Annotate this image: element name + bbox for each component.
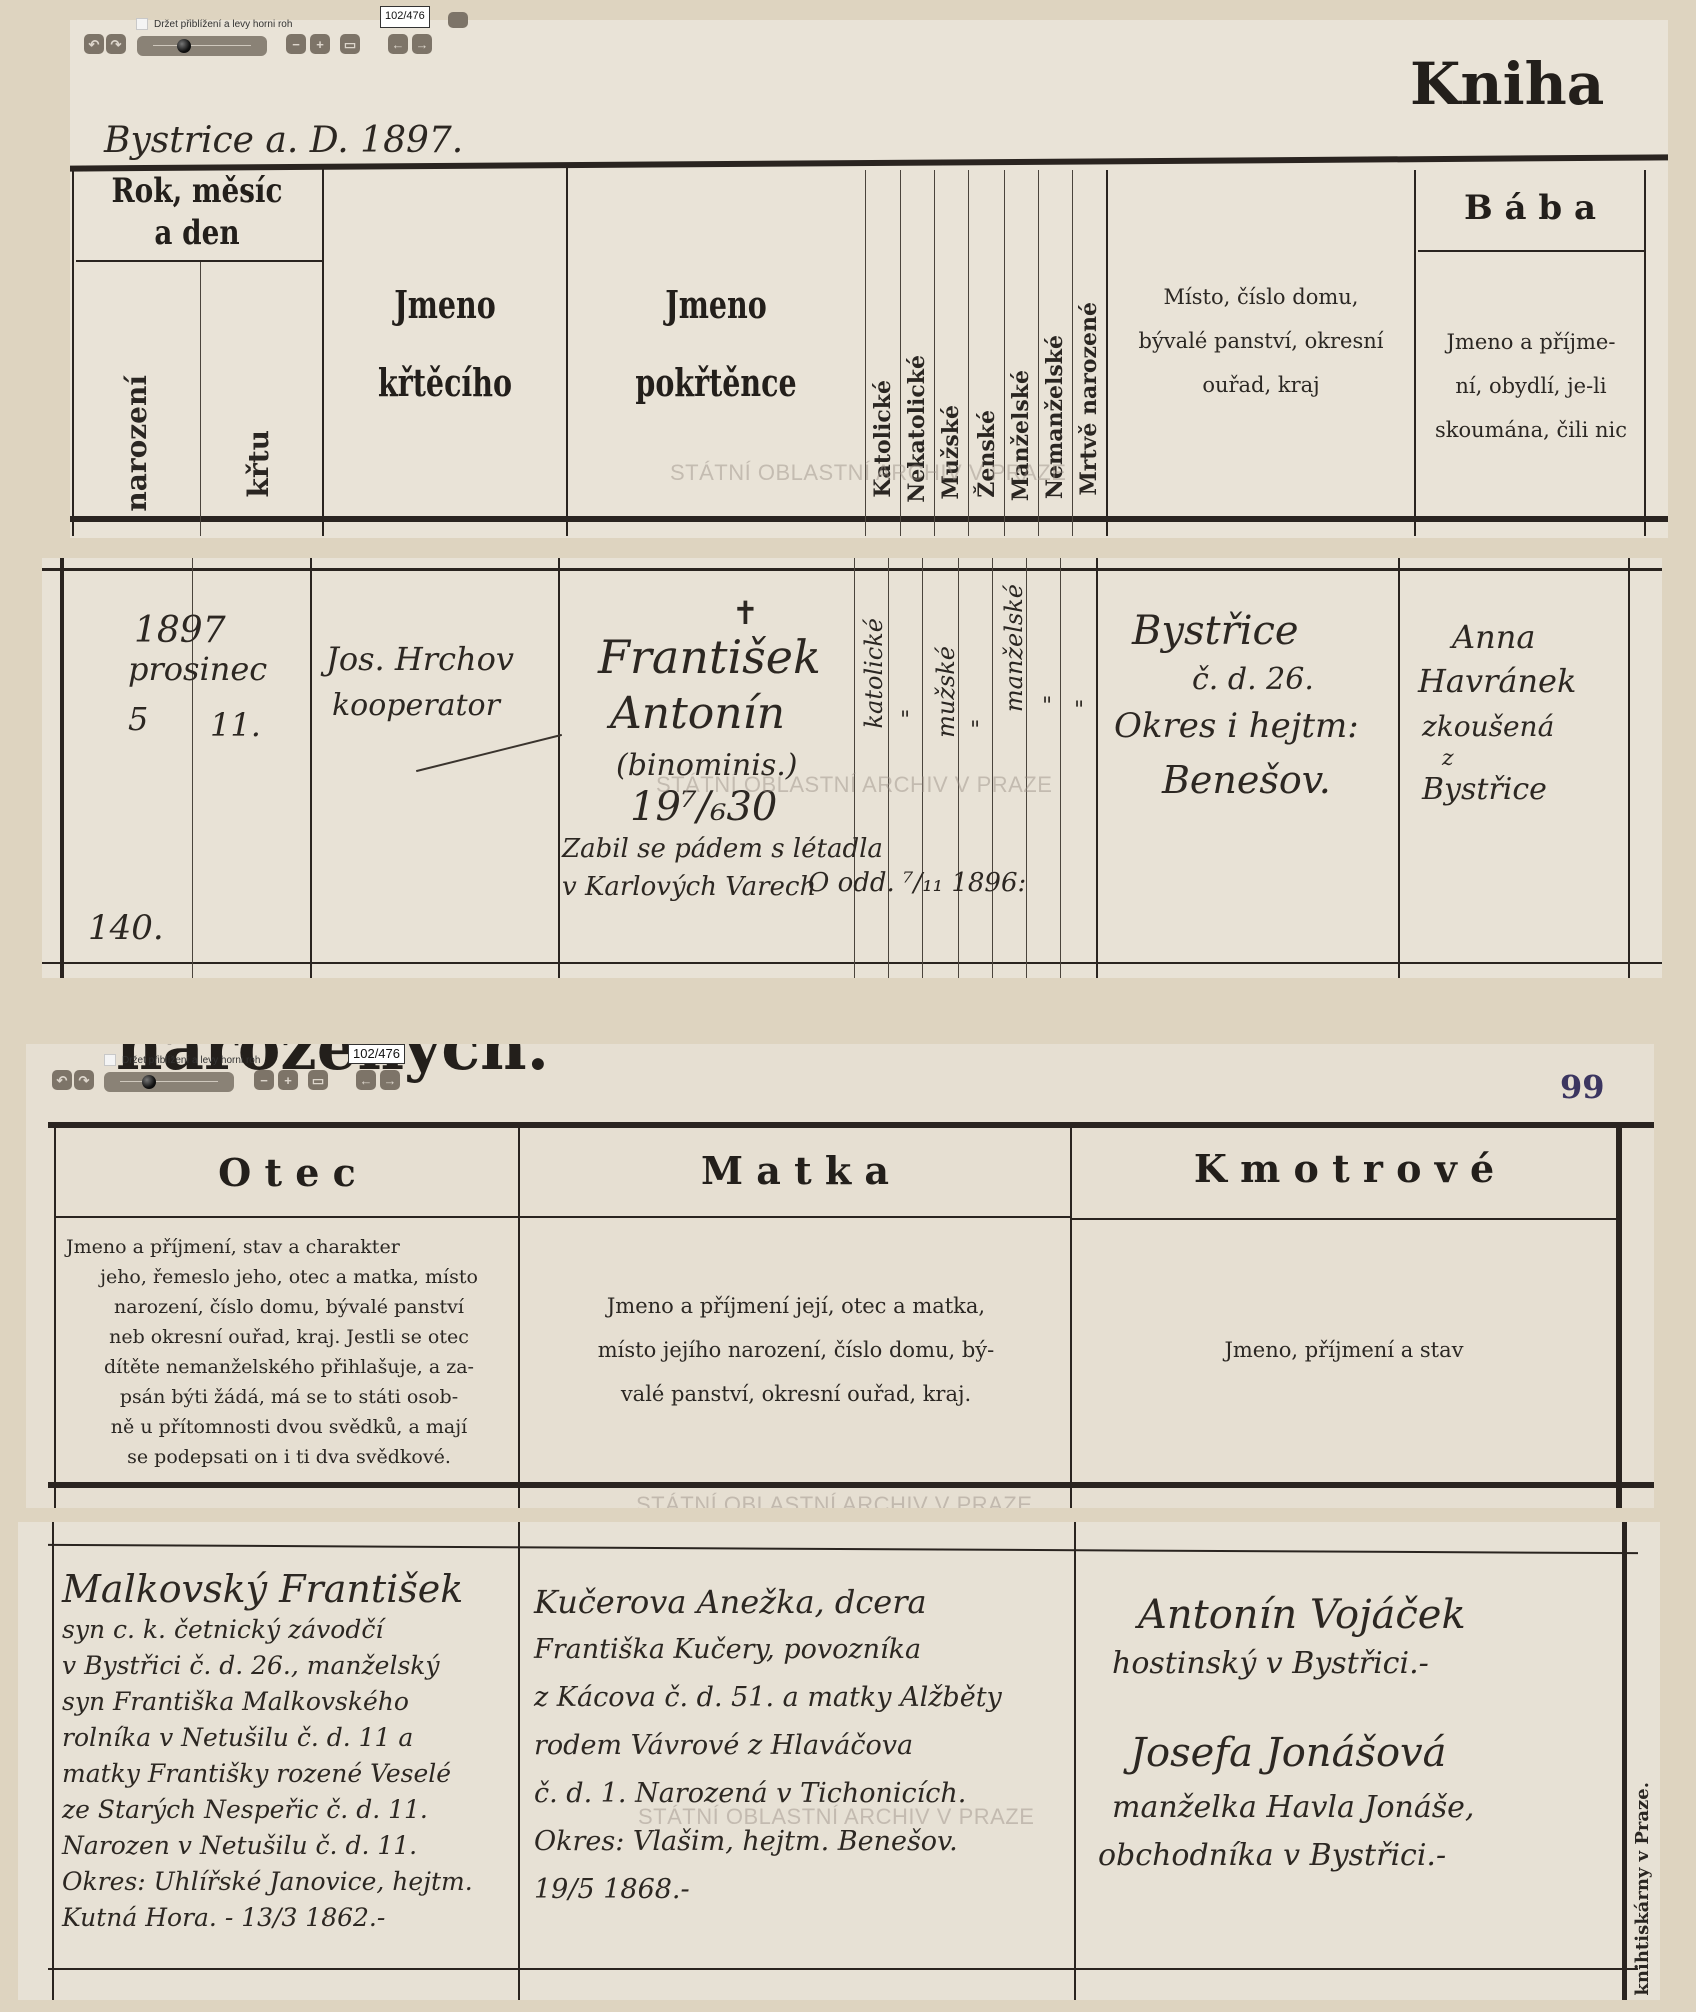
record-bottom-rule	[42, 962, 1662, 964]
header-date-group: Rok, měsíc a den	[108, 170, 287, 254]
col-rule	[72, 166, 74, 536]
mother-sub-rule	[520, 1216, 1070, 1218]
father-line: v Bystřici č. d. 26., manželský	[62, 1648, 522, 1684]
father-name: Malkovský František	[62, 1566, 522, 1612]
date-sub-rule	[76, 260, 322, 262]
record-legit-ditto: "	[1042, 694, 1052, 719]
father-instr-line: Jmeno a příjmení, stav a charakter	[66, 1232, 512, 1262]
record-father-text: Malkovský František syn c. k. četnický z…	[62, 1566, 522, 1936]
father-line: matky Františky rozené Veselé	[62, 1756, 522, 1792]
record-bottom-rule	[48, 1968, 1638, 1970]
header-father-title: O t e c	[56, 1150, 518, 1195]
record-midwife-line1: Anna	[1452, 618, 1535, 656]
record-religion: katolické	[860, 618, 888, 728]
header-baptized-line2: pokřtěnce	[611, 360, 821, 405]
father-line: syn c. k. četnický závodčí	[62, 1612, 522, 1648]
record-midwife-line4: z	[1442, 746, 1454, 771]
zoom-out-button[interactable]: −	[254, 1070, 274, 1090]
mother-instr-line: valé panství, okresní ouřad, kraj.	[526, 1372, 1066, 1416]
zoom-out-button[interactable]: −	[286, 34, 306, 54]
record-birth-day: 5	[128, 700, 148, 738]
father-instr-line: neb okresní ouřad, kraj. Jestli se otec	[66, 1322, 512, 1352]
keep-zoom-label: Držet přiblížení a levy horni roh	[122, 1055, 260, 1066]
record-child-first-name: František	[598, 630, 821, 684]
father-line: rolníka v Netušilu č. d. 11 a	[62, 1720, 522, 1756]
zoom-slider-track	[153, 45, 251, 46]
col-rule	[922, 558, 923, 978]
header-baptized-line1: Jmeno	[611, 282, 821, 327]
col-rule	[1644, 170, 1646, 536]
col-rule	[888, 558, 889, 978]
col-rule	[1616, 1126, 1622, 1508]
col-rule	[1622, 1522, 1627, 2000]
col-rule	[322, 166, 324, 536]
godparent2-status-line1: manželka Havla Jonáše,	[1112, 1790, 1474, 1825]
table-header-bottom-rule	[70, 516, 1668, 522]
header-father-instructions: Jmeno a příjmení, stav a charakter jeho,…	[66, 1232, 512, 1472]
zoom-in-button[interactable]: +	[278, 1070, 298, 1090]
header-godparents-title: K m o t r o v é	[1072, 1146, 1616, 1191]
handwritten-place-year: Bystrice a. D. 1897.	[104, 120, 463, 161]
col-rule	[200, 262, 201, 536]
record-stillborn-ditto: "	[1074, 698, 1084, 723]
go-button[interactable]	[448, 12, 468, 28]
keep-zoom-toggle[interactable]: Držet přiblížení a levy horni roh	[104, 1054, 260, 1066]
col-rule	[310, 558, 312, 978]
zoom-slider-knob[interactable]	[142, 1075, 156, 1089]
col-rule	[1106, 170, 1108, 536]
father-line: Kutná Hora. - 13/3 1862.-	[62, 1900, 522, 1936]
record-place-line1: Bystřice	[1132, 608, 1299, 654]
next-page-button[interactable]: →	[380, 1070, 400, 1090]
godparent2-name: Josefa Jonášová	[1130, 1730, 1446, 1776]
father-line: Okres: Uhlířské Janovice, hejtm.	[62, 1864, 522, 1900]
col-rule	[1628, 558, 1630, 978]
father-instr-line: ně u přítomnosti dvou svědků, a mají	[66, 1412, 512, 1442]
header-place-line2: bývalé panství, okresní	[1110, 319, 1412, 363]
header-midwife-line3: skoumána, čili nic	[1418, 408, 1644, 452]
godparent1-name: Antonín Vojáček	[1138, 1592, 1466, 1638]
zoom-slider[interactable]	[104, 1072, 234, 1092]
record-midwife-line2: Havránek	[1418, 662, 1576, 700]
col-rule	[992, 558, 993, 978]
father-instr-line: narození, číslo domu, bývalé panství	[66, 1292, 512, 1322]
keep-zoom-checkbox[interactable]	[104, 1054, 116, 1066]
record-baptism-day: 11.	[210, 706, 261, 744]
record-midwife-line5: Bystřice	[1422, 772, 1547, 807]
godparents-sub-rule	[1072, 1218, 1616, 1220]
table-top-rule	[48, 1122, 1654, 1128]
header-baptizer-line2: křtěcího	[360, 360, 530, 405]
record-cross-mark: ✝	[732, 594, 759, 632]
mother-instr-line: Jmeno a příjmení její, otec a matka,	[526, 1284, 1066, 1328]
right-page-record-scan: Malkovský František syn c. k. četnický z…	[18, 1522, 1660, 2000]
archive-watermark: STÁTNÍ OBLASTNÍ ARCHIV V PRAZE	[638, 1804, 1034, 1830]
record-place-line3: Okres i hejtm:	[1114, 706, 1359, 746]
col-rule	[60, 558, 64, 978]
mother-line: Františka Kučery, povozníka	[534, 1626, 1074, 1674]
header-baptizer-line1: Jmeno	[360, 282, 530, 327]
record-entry-number: 140.	[88, 908, 164, 948]
record-death-note-line1: Zabil se pádem s létadla	[562, 834, 883, 864]
rotate-left-button[interactable]: ↶	[84, 34, 104, 54]
header-godparents-instructions: Jmeno, příjmení a stav	[1072, 1328, 1616, 1372]
record-sex-ditto: "	[970, 718, 980, 743]
record-legitimacy: manželské	[1000, 584, 1028, 712]
header-place-line3: ouřad, kraj	[1110, 363, 1412, 407]
left-page-header-scan: Kniha Bystrice a. D. 1897. Rok, měsíc a …	[70, 20, 1668, 538]
record-baptizer-name: Jos. Hrchov	[326, 640, 514, 678]
prev-page-button[interactable]: ←	[388, 34, 408, 54]
godparent1-status: hostinský v Bystřici.-	[1112, 1646, 1429, 1681]
header-mother-instructions: Jmeno a příjmení její, otec a matka, mís…	[526, 1284, 1066, 1416]
keep-zoom-label: Držet přiblížení a levy horni roh	[154, 19, 292, 30]
table-header-bottom-rule	[48, 1482, 1654, 1488]
col-rule	[1072, 170, 1073, 536]
col-rule	[1096, 558, 1098, 978]
father-instr-line: se podepsati on i ti dva svědkové.	[66, 1442, 512, 1472]
next-page-button[interactable]: →	[412, 34, 432, 54]
father-line: syn Františka Malkovského	[62, 1684, 522, 1720]
left-page-record-scan: 1897 prosinec 5 11. 140. Jos. Hrchov koo…	[42, 558, 1662, 978]
printer-note: knihtiskárny v Praze.	[1632, 1782, 1653, 1996]
record-mother-text: Kučerova Anežka, dcera Františka Kučery,…	[534, 1578, 1074, 1914]
col-rule	[52, 1522, 54, 2000]
record-child-second-name: Antonín	[610, 688, 785, 739]
rotate-right-button[interactable]: ↷	[74, 1070, 94, 1090]
archive-watermark: STÁTNÍ OBLASTNÍ ARCHIV V PRAZE	[670, 460, 1066, 486]
record-top-rule	[42, 568, 1662, 571]
midwife-sub-rule	[1418, 250, 1644, 252]
record-death-note-line2: v Karlových Varech	[562, 872, 816, 902]
record-top-rule	[48, 1544, 1638, 1554]
header-midwife-line2: ní, obydlí, je-li	[1418, 364, 1644, 408]
col-rule	[854, 558, 855, 978]
record-month: prosinec	[128, 650, 267, 688]
zoom-slider-knob[interactable]	[177, 39, 191, 53]
header-mother-title: M a t k a	[520, 1148, 1070, 1193]
record-baptizer-title: kooperator	[332, 688, 500, 723]
father-line: Narozen v Netušilu č. d. 11.	[62, 1828, 522, 1864]
father-line: ze Starých Nespeřic č. d. 11.	[62, 1792, 522, 1828]
record-year: 1897	[134, 610, 226, 651]
prev-page-button[interactable]: ←	[356, 1070, 376, 1090]
keep-zoom-checkbox[interactable]	[136, 18, 148, 30]
record-sex: mužské	[932, 646, 960, 738]
zoom-slider[interactable]	[137, 36, 267, 56]
right-page-header-scan: narozených. 99 O t e c M a t k a K m o t…	[26, 1044, 1654, 1508]
archive-watermark: STÁTNÍ OBLASTNÍ ARCHIV V PRAZE	[656, 772, 1052, 798]
page-indicator[interactable]: 102/476	[348, 1044, 405, 1064]
book-title: Kniha	[1410, 50, 1604, 118]
rotate-right-button[interactable]: ↷	[106, 34, 126, 54]
header-midwife-title: B á b a	[1420, 188, 1640, 228]
col-rule	[1398, 558, 1400, 978]
archive-watermark: STÁTNÍ OBLASTNÍ ARCHIV V PRAZE	[636, 1492, 1032, 1508]
header-place-line1: Místo, číslo domu,	[1110, 275, 1412, 319]
record-place-line4: Benešov.	[1162, 758, 1331, 802]
col-rule	[1414, 170, 1416, 536]
col-rule	[558, 558, 560, 978]
col-rule	[1074, 1522, 1076, 2000]
fit-page-button[interactable]: ▭	[308, 1070, 328, 1090]
zoom-in-button[interactable]: +	[310, 34, 330, 54]
mother-line: 19/5 1868.-	[534, 1866, 1074, 1914]
flourish-stroke	[416, 734, 562, 772]
fit-page-button[interactable]: ▭	[340, 34, 360, 54]
page-number: 99	[1560, 1068, 1605, 1106]
header-baptism: křtu	[242, 430, 275, 497]
rotate-left-button[interactable]: ↶	[52, 1070, 72, 1090]
record-midwife-line3: zkoušená	[1422, 710, 1554, 743]
record-note-reference: O odd. ⁷/₁₁ 1896:	[808, 868, 1026, 898]
mother-line: z Kácova č. d. 51. a matky Alžběty	[534, 1674, 1074, 1722]
col-rule	[566, 166, 568, 536]
zoom-slider-track	[120, 1081, 218, 1082]
header-midwife-line1: Jmeno a příjme-	[1418, 320, 1644, 364]
father-instr-line: psán býti žádá, má se to státi osob-	[66, 1382, 512, 1412]
record-religion-ditto: "	[900, 708, 910, 733]
mother-line: rodem Vávrové z Hlaváčova	[534, 1722, 1074, 1770]
record-place-line2: č. d. 26.	[1192, 662, 1314, 697]
father-sub-rule	[56, 1216, 518, 1218]
mother-name: Kučerova Anežka, dcera	[534, 1578, 1074, 1626]
father-instr-line: dítěte nemanželského přihlašuje, a za-	[66, 1352, 512, 1382]
page-indicator[interactable]: 102/476	[380, 6, 430, 28]
godparent2-status-line2: obchodníka v Bystřici.-	[1098, 1838, 1446, 1873]
father-instr-line: jeho, řemeslo jeho, otec a matka, místo	[66, 1262, 512, 1292]
keep-zoom-toggle[interactable]: Držet přiblížení a levy horni roh	[136, 18, 292, 30]
header-stillborn: Mrtvě narozené	[1076, 302, 1102, 496]
mother-instr-line: místo jejího narození, číslo domu, bý-	[526, 1328, 1066, 1372]
col-rule	[1060, 558, 1061, 978]
col-rule	[958, 558, 959, 978]
header-birth: narození	[120, 375, 153, 512]
